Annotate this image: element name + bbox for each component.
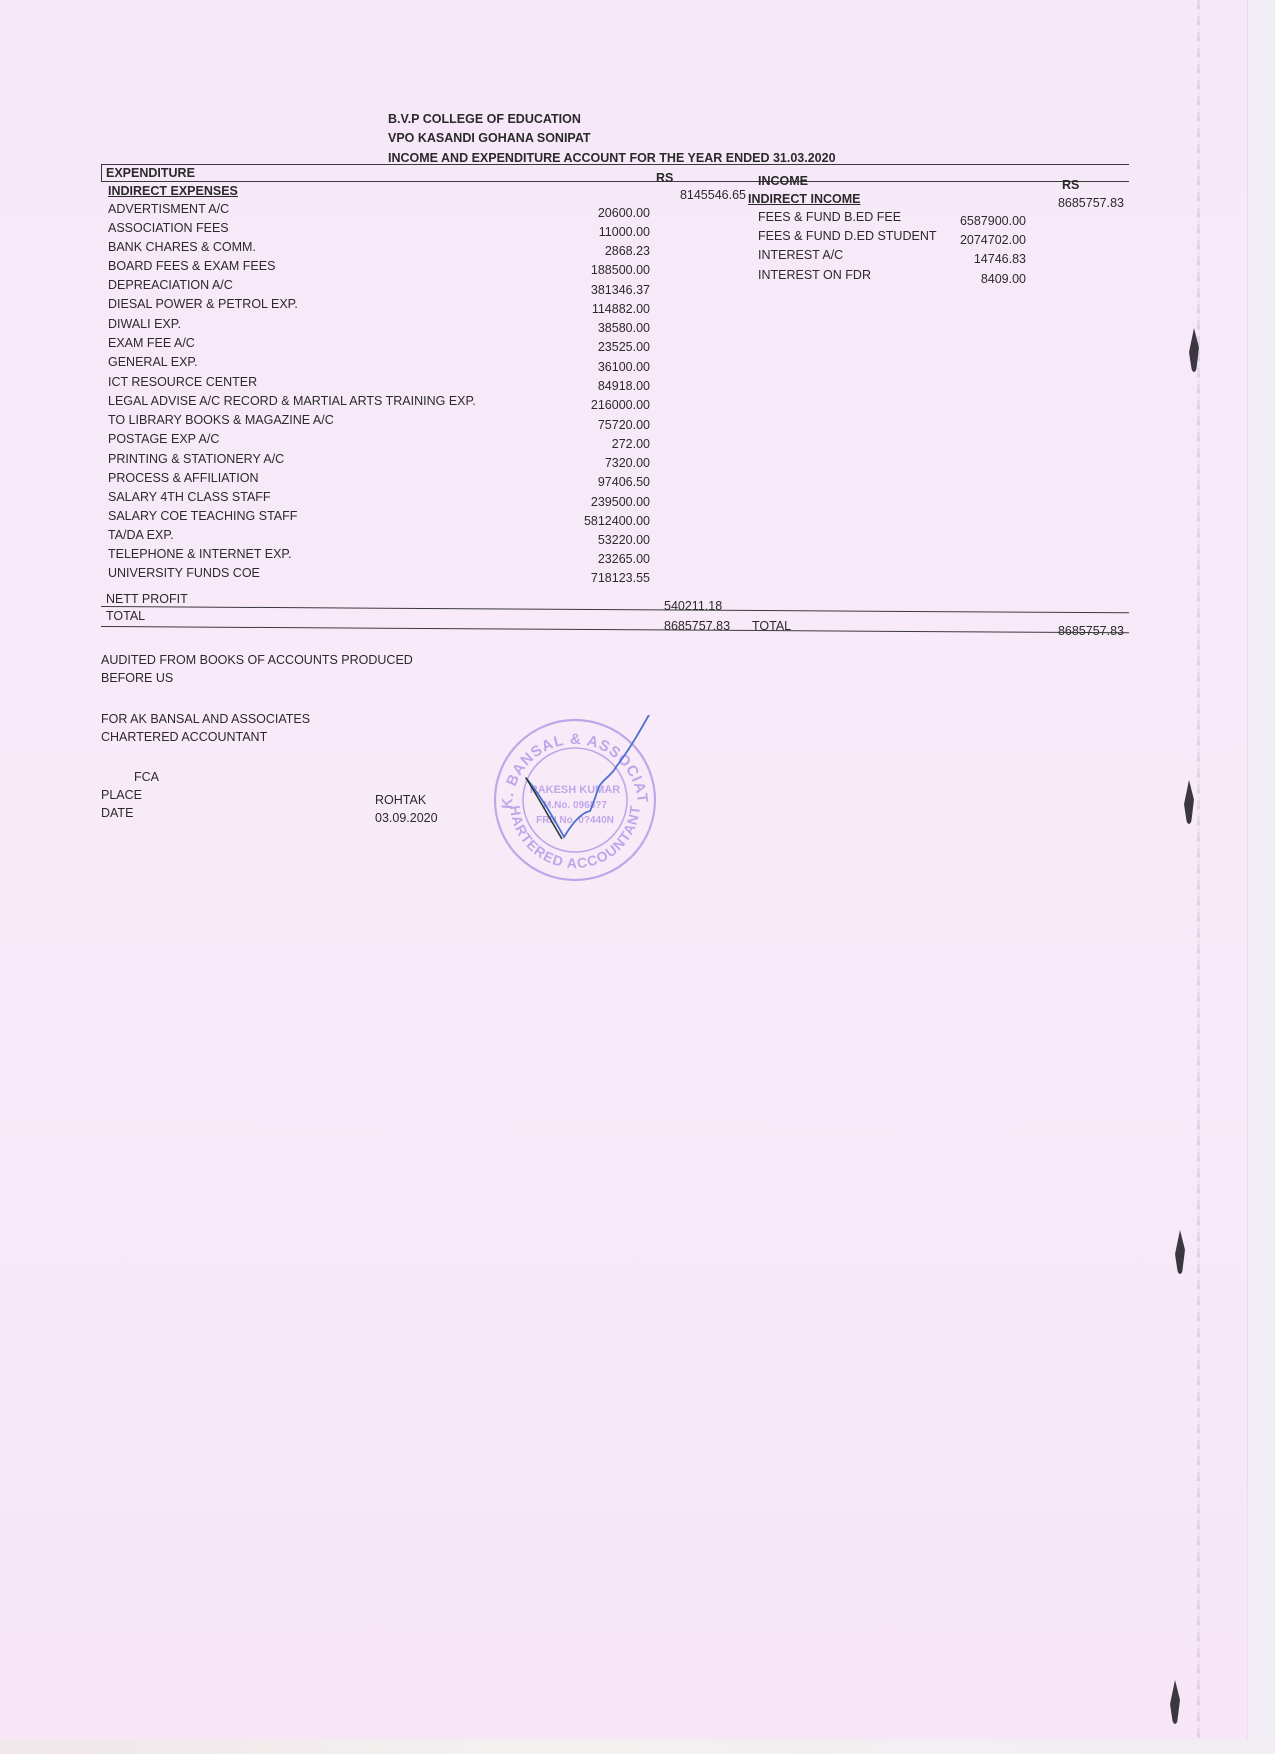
place-label: PLACE: [101, 788, 142, 802]
nett-profit-amount: 540211.18: [664, 599, 722, 613]
institution-name: B.V.P COLLEGE OF EDUCATION: [388, 112, 581, 126]
expense-amount: 97406.50: [558, 475, 650, 489]
indirect-income-heading: INDIRECT INCOME: [748, 192, 861, 206]
expenditure-amount-header: RS: [656, 171, 673, 185]
expense-amount: 2868.23: [558, 244, 650, 258]
expense-label: LEGAL ADVISE A/C RECORD & MARTIAL ARTS T…: [108, 394, 476, 408]
stamp-membership-text: M.No. 0968?7: [543, 800, 607, 811]
audit-statement-line1: AUDITED FROM BOOKS OF ACCOUNTS PRODUCED: [101, 653, 413, 667]
expense-label: ICT RESOURCE CENTER: [108, 375, 257, 389]
audit-firm: FOR AK BANSAL AND ASSOCIATES: [101, 712, 310, 726]
auditor-stamp: A.K. BANSAL & ASSOCIATES CHARTERED ACCOU…: [490, 715, 660, 885]
expense-amount: 84918.00: [558, 379, 650, 393]
audit-designation: CHARTERED ACCOUNTANT: [101, 730, 267, 744]
date-label: DATE: [101, 806, 133, 820]
expense-label: BANK CHARES & COMM.: [108, 240, 256, 254]
page-margin-strip: [1247, 0, 1275, 1754]
income-amount: 8409.00: [940, 272, 1026, 286]
expense-amount: 20600.00: [558, 206, 650, 220]
expense-amount: 53220.00: [558, 533, 650, 547]
expense-label: TA/DA EXP.: [108, 528, 174, 542]
income-amount: 2074702.00: [940, 233, 1026, 247]
expense-label: BOARD FEES & EXAM FEES: [108, 259, 275, 273]
income-amount: 6587900.00: [940, 214, 1026, 228]
expense-label: DIESAL POWER & PETROL EXP.: [108, 297, 298, 311]
header-bottom-border: [101, 181, 1129, 182]
expenditure-total-amount: 8685757.83: [664, 619, 730, 633]
expenditure-column-header: EXPENDITURE: [106, 166, 195, 180]
expense-label: DEPREACIATION A/C: [108, 278, 233, 292]
scan-bottom-edge: [0, 1740, 1275, 1754]
indirect-expenses-total: 8145546.65: [664, 188, 746, 202]
expense-amount: 216000.00: [558, 398, 650, 412]
date-value: 03.09.2020: [375, 811, 438, 825]
audit-statement-line2: BEFORE US: [101, 671, 173, 685]
stamp-name-text: RAKESH KUMAR: [530, 784, 621, 796]
expense-label: PRINTING & STATIONERY A/C: [108, 452, 284, 466]
table-left-border: [101, 164, 102, 181]
expense-amount: 114882.00: [558, 302, 650, 316]
expense-amount: 23265.00: [558, 552, 650, 566]
expense-label: ASSOCIATION FEES: [108, 221, 229, 235]
expense-amount: 23525.00: [558, 340, 650, 354]
expense-amount: 718123.55: [558, 571, 650, 585]
expense-label: DIWALI EXP.: [108, 317, 181, 331]
income-amount: 14746.83: [940, 252, 1026, 266]
nett-profit-label: NETT PROFIT: [106, 592, 188, 606]
expense-amount: 381346.37: [558, 283, 650, 297]
indirect-expenses-heading: INDIRECT EXPENSES: [108, 184, 238, 198]
expense-label: UNIVERSITY FUNDS COE: [108, 566, 260, 580]
fca-label: FCA: [134, 770, 159, 784]
income-column-header: INCOME: [758, 174, 808, 188]
expense-amount: 75720.00: [558, 418, 650, 432]
expense-amount: 5812400.00: [558, 514, 650, 528]
expense-amount: 239500.00: [558, 495, 650, 509]
expense-label: TELEPHONE & INTERNET EXP.: [108, 547, 292, 561]
expense-label: TO LIBRARY BOOKS & MAGAZINE A/C: [108, 413, 334, 427]
expense-amount: 188500.00: [558, 263, 650, 277]
expenditure-total-label: TOTAL: [106, 609, 145, 623]
expense-label: GENERAL EXP.: [108, 355, 198, 369]
expense-label: PROCESS & AFFILIATION: [108, 471, 259, 485]
expense-amount: 36100.00: [558, 360, 650, 374]
expense-amount: 272.00: [558, 437, 650, 451]
expense-label: SALARY 4TH CLASS STAFF: [108, 490, 271, 504]
institution-address: VPO KASANDI GOHANA SONIPAT: [388, 131, 591, 145]
statement-title: INCOME AND EXPENDITURE ACCOUNT FOR THE Y…: [388, 151, 836, 165]
income-amount-header: RS: [1062, 178, 1079, 192]
indirect-income-total: 8685757.83: [1042, 196, 1124, 210]
place-value: ROHTAK: [375, 793, 426, 807]
expense-label: SALARY COE TEACHING STAFF: [108, 509, 297, 523]
binding-edge: [1197, 0, 1200, 1740]
expense-label: EXAM FEE A/C: [108, 336, 195, 350]
expense-label: POSTAGE EXP A/C: [108, 432, 219, 446]
expense-amount: 11000.00: [558, 225, 650, 239]
income-label: INTEREST A/C: [758, 248, 843, 262]
table-top-border: [101, 164, 1129, 165]
expense-amount: 38580.00: [558, 321, 650, 335]
expense-amount: 7320.00: [558, 456, 650, 470]
income-label: FEES & FUND D.ED STUDENT: [758, 229, 937, 243]
income-label: INTEREST ON FDR: [758, 268, 871, 282]
expense-label: ADVERTISMENT A/C: [108, 202, 229, 216]
income-label: FEES & FUND B.ED FEE: [758, 210, 901, 224]
